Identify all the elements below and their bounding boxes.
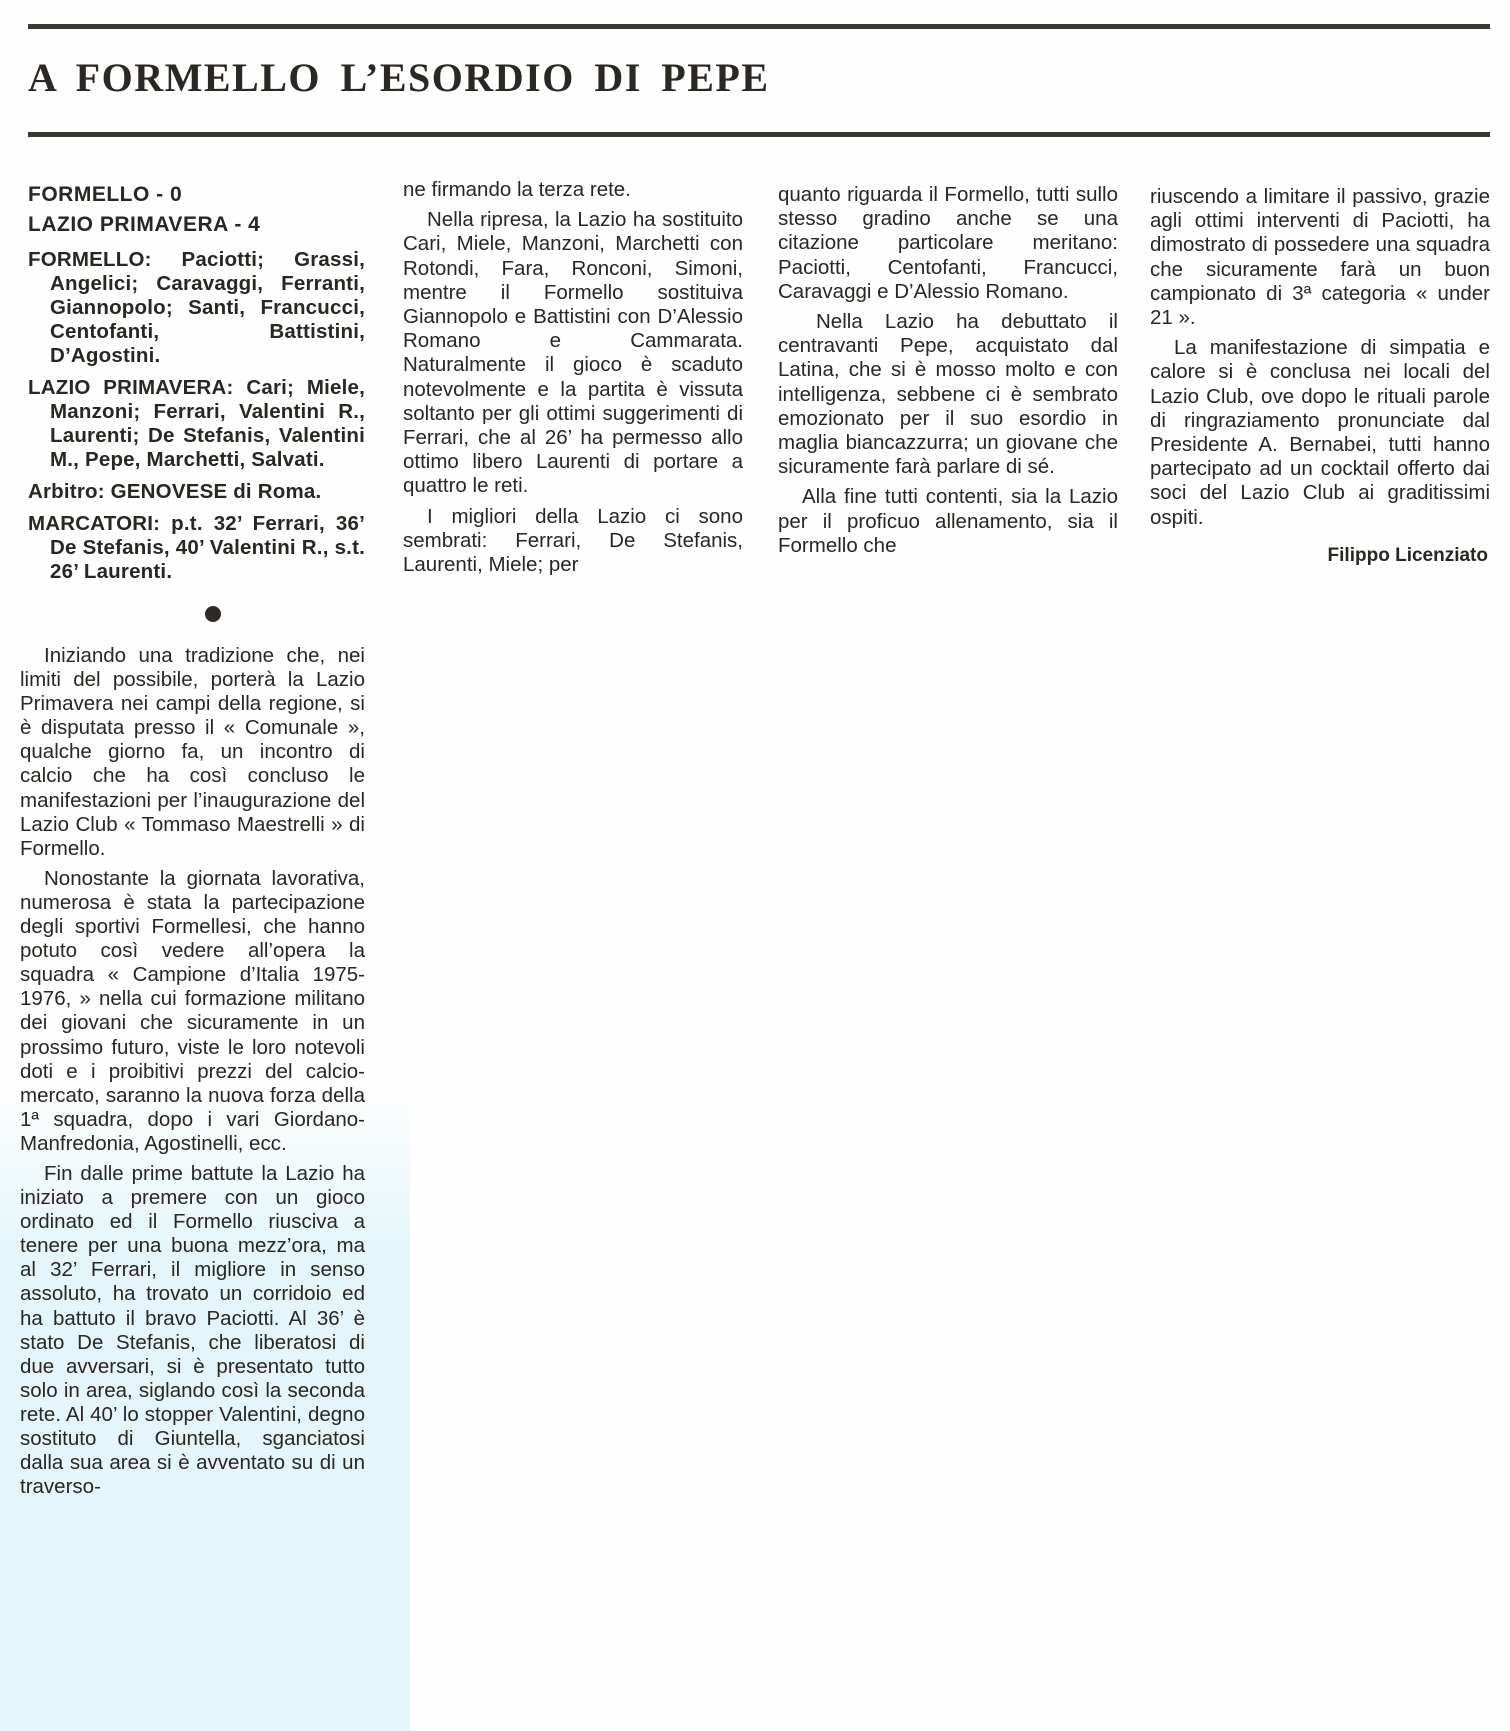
byline: Filippo Licenziato: [1150, 544, 1490, 568]
lineup-formello: FORMELLO: Paciotti; Grassi, Angelici; Ca…: [20, 248, 365, 368]
score-away: LAZIO PRIMAVERA - 4: [20, 210, 365, 240]
paragraph: ne firmando la terza rete.: [403, 178, 743, 202]
paragraph: Nella Lazio ha debuttato il centravanti …: [778, 310, 1118, 479]
paragraph: I migliori della Lazio ci sono sembrati:…: [403, 505, 743, 578]
paragraph: La manifestazione di simpatia e calore s…: [1150, 336, 1490, 530]
paragraph: Iniziando una tradizione che, nei limiti…: [20, 644, 365, 861]
paragraph: quanto riguarda il Formello, tutti sullo…: [778, 183, 1118, 304]
column-2: ne firmando la terza rete. Nella ripresa…: [403, 178, 743, 583]
bullet-separator-icon: [205, 606, 221, 622]
scorers: MARCATORI: p.t. 32’ Ferrari, 36’ De Stef…: [20, 512, 365, 584]
paragraph: Nella ripresa, la Lazio ha sostituito Ca…: [403, 208, 743, 498]
headline: A FORMELLO L’ESORDIO DI PEPE: [28, 54, 770, 101]
score-home: FORMELLO - 0: [20, 180, 365, 210]
lineup-lazio: LAZIO PRIMAVERA: Cari; Miele, Manzoni; F…: [20, 376, 365, 472]
bottom-rule: [28, 132, 1490, 137]
paragraph: Alla fine tutti contenti, sia la Lazio p…: [778, 485, 1118, 558]
referee: Arbitro: GENOVESE di Roma.: [20, 480, 365, 504]
paragraph: Fin dalle prime battute la Lazio ha iniz…: [20, 1162, 365, 1499]
column-4: riuscendo a limitare il passivo, grazie …: [1150, 185, 1490, 568]
column-1: FORMELLO - 0 LAZIO PRIMAVERA - 4 FORMELL…: [20, 180, 365, 1505]
paragraph: riuscendo a limitare il passivo, grazie …: [1150, 185, 1490, 330]
top-rule: [28, 24, 1490, 29]
column-3: quanto riguarda il Formello, tutti sullo…: [778, 183, 1118, 564]
paragraph: Nonostante la giornata lavorativa, numer…: [20, 867, 365, 1156]
